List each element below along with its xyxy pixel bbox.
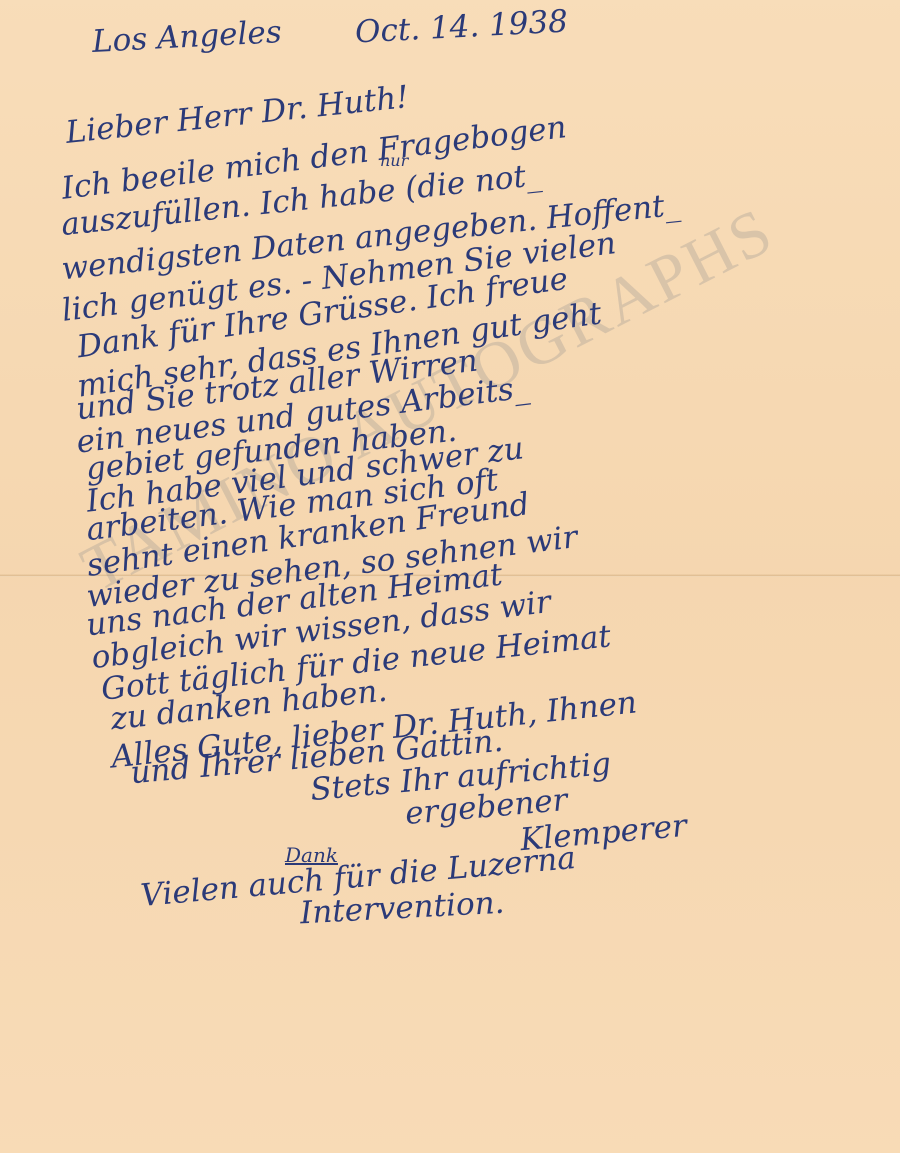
interlinear-insert: nur (380, 153, 408, 169)
